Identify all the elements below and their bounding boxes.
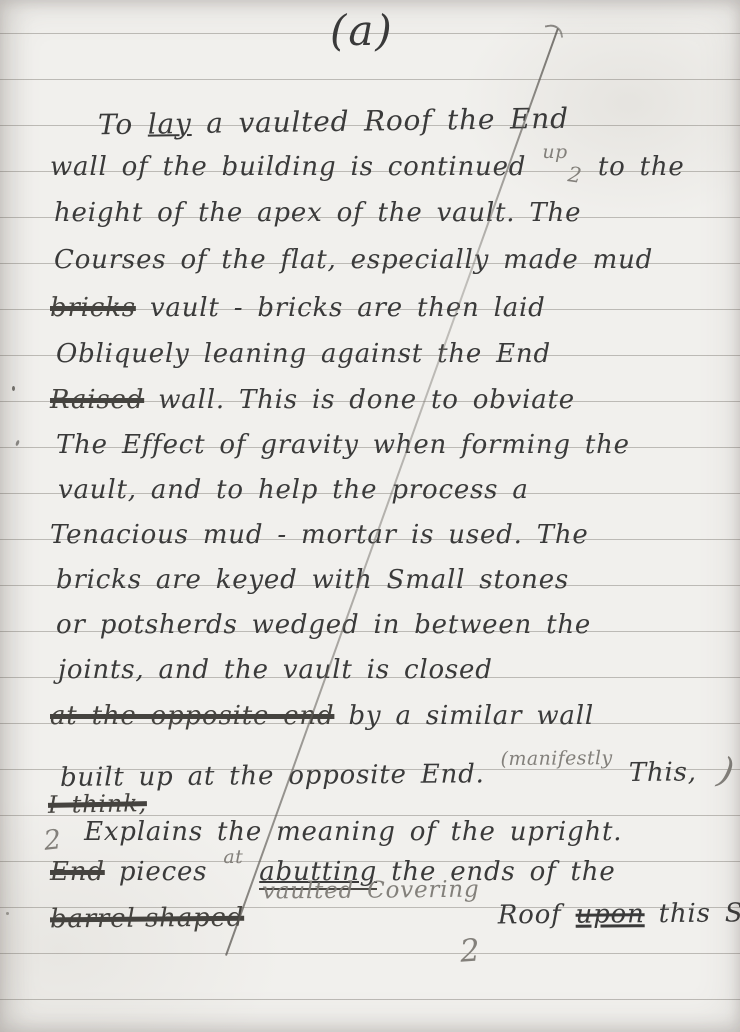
line-06: Obliquely leaning against the End	[56, 338, 551, 371]
text-segment: bricks	[50, 293, 136, 323]
text-segment: This,	[629, 757, 697, 788]
text-segment: wall. This is done to obviate	[158, 385, 575, 415]
text-segment: vaulted Covering	[262, 876, 480, 907]
ink-speck	[15, 440, 20, 447]
text-segment: joints, and the vault is closed	[58, 655, 493, 685]
text-segment: lay	[147, 107, 191, 141]
text-segment: The Effect of gravity when forming the	[56, 430, 630, 460]
text-segment: upon	[575, 899, 644, 930]
line-01: To lay a vaulted Roof the End	[98, 101, 569, 143]
line-10: Tenacious mud - mortar is used. The	[50, 519, 589, 552]
line-17: 2 Explains the meaning of the upright.	[44, 815, 622, 849]
line-13: joints, and the vault is closed	[58, 654, 493, 687]
line-11: bricks are keyed with Small stones	[56, 564, 569, 597]
line-05: bricks vault - bricks are then laid	[50, 292, 546, 325]
text-segment: at	[223, 846, 243, 870]
line-04: Courses of the flat, especially made mud	[54, 244, 653, 277]
line-14: at the opposite end by a similar wall	[50, 700, 594, 733]
text-segment: Courses of the flat, especially made mud	[54, 245, 653, 275]
line-19: barrel-shaped vaulted Covering Roof upon…	[50, 897, 740, 936]
text-segment: 2	[42, 823, 63, 858]
diagonal-stroke-hook	[545, 23, 563, 41]
text-segment: Obliquely leaning against the End	[56, 339, 551, 369]
text-segment: by a similar wall	[348, 701, 594, 731]
text-segment: this Shrine.	[659, 898, 740, 929]
text-segment: at the opposite end	[50, 701, 334, 731]
text-segment: End	[50, 857, 105, 887]
line-09: vault, and to help the process a	[58, 474, 529, 507]
text-segment: To	[98, 108, 133, 141]
line-07: Raised wall. This is done to obviate	[50, 384, 575, 417]
text-segment: 2	[566, 161, 584, 189]
text-segment: Tenacious mud - mortar is used. The	[50, 520, 589, 550]
text-segment: up	[542, 141, 567, 165]
text-segment: Raised	[50, 385, 144, 415]
text-segment: to the	[598, 152, 685, 182]
text-segment: pieces	[119, 857, 207, 887]
line-08: The Effect of gravity when forming the	[56, 429, 630, 462]
page-label: (a)	[330, 6, 394, 55]
text-segment: )	[714, 748, 739, 795]
text-segment: 2	[459, 931, 482, 971]
ink-speck	[12, 386, 15, 391]
text-segment: Roof	[498, 900, 562, 931]
text-segment: vault, and to help the process a	[58, 475, 529, 505]
text-segment: Explains the meaning of the upright.	[84, 817, 622, 847]
text-segment: height of the apex of the vault. The	[54, 198, 581, 228]
manuscript-page: (a) To lay a vaulted Roof the End wall o…	[0, 0, 740, 1032]
text-segment: a vaulted Roof the End	[206, 102, 569, 140]
text-segment: (manifestly	[501, 747, 613, 772]
line-02: wall of the building is continued up 2 t…	[50, 151, 685, 184]
caret-below-upon: 2	[460, 932, 481, 971]
text-segment: vault - bricks are then laid	[150, 293, 546, 323]
text-segment: or potsherds wedged in between the	[56, 610, 591, 640]
line-15: built up at the opposite End. (manifestl…	[60, 746, 734, 797]
line-03: height of the apex of the vault. The	[54, 197, 581, 230]
line-12: or potsherds wedged in between the	[56, 609, 591, 642]
text-segment: wall of the building is continued	[50, 152, 526, 182]
ink-speck	[6, 912, 9, 915]
text-segment: bricks are keyed with Small stones	[56, 565, 569, 595]
text-segment: barrel-shaped	[50, 903, 244, 935]
